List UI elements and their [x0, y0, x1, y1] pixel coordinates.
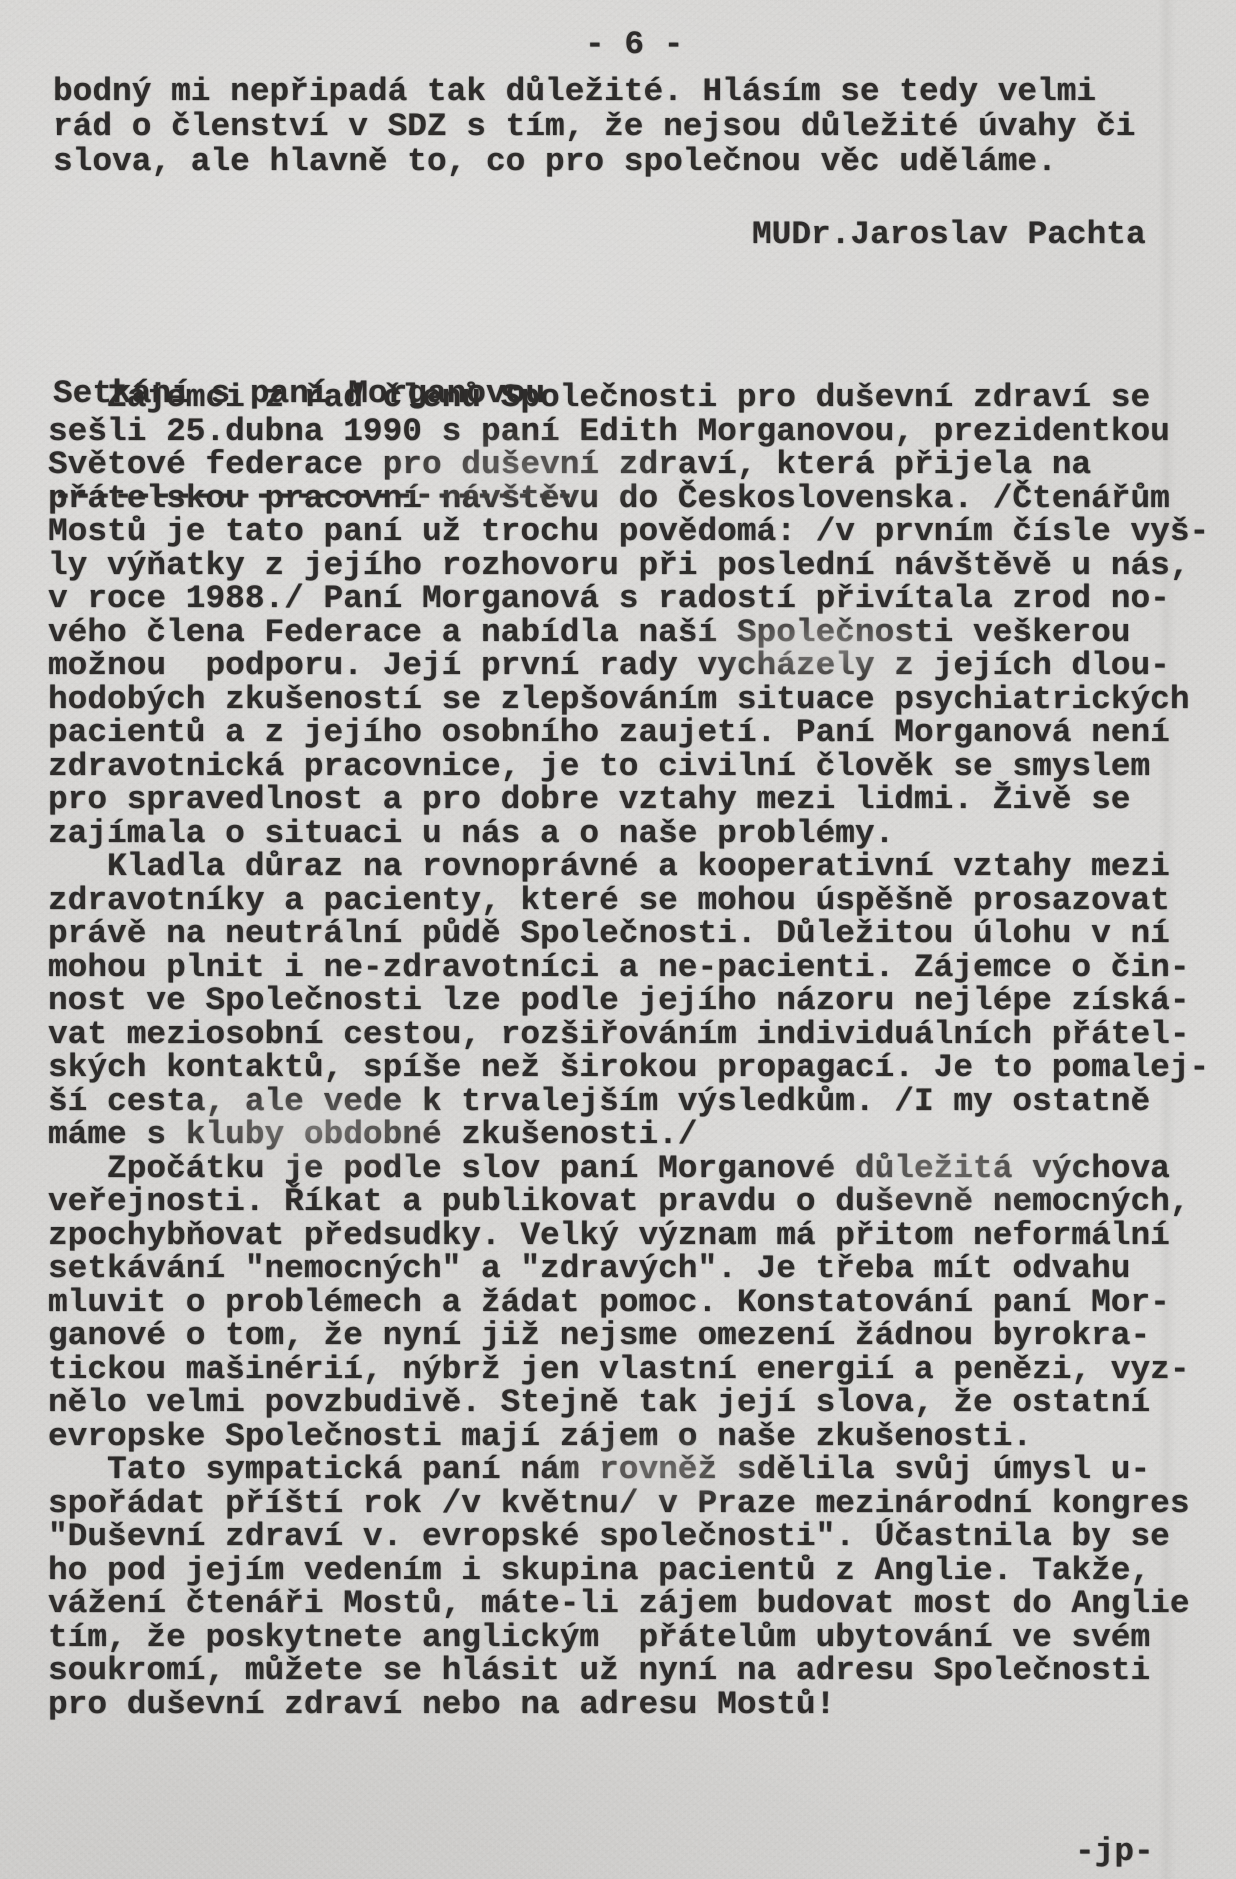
text-line: možnou podporu. Její první rady vycházel…	[48, 649, 1209, 683]
text-line: vážení čtenáři Mostů, máte-li zájem budo…	[48, 1587, 1209, 1621]
text-line: Kladla důraz na rovnoprávné a kooperativ…	[48, 850, 1209, 884]
text-line: v roce 1988./ Paní Morganová s radostí p…	[48, 582, 1209, 616]
text-line: ly výňatky z jejího rozhovoru při posled…	[48, 549, 1209, 583]
text-line: vat meziosobní cestou, rozšiřováním indi…	[48, 1018, 1209, 1052]
text-line: Mostů je tato paní už trochu povědomá: /…	[48, 515, 1209, 549]
author-signature: MUDr.Jaroslav Pachta	[752, 216, 1146, 253]
text-line: ganové o tom, že nyní již nejsme omezení…	[48, 1319, 1209, 1353]
text-line: sešli 25.dubna 1990 s paní Edith Morgano…	[48, 415, 1209, 449]
text-line: ší cesta, ale vede k trvalejším výsledků…	[48, 1085, 1209, 1119]
text-line: zpochybňovat předsudky. Velký význam má …	[48, 1219, 1209, 1253]
text-line: pro duševní zdraví nebo na adresu Mostů!	[48, 1688, 1209, 1722]
text-line: hodobých zkušeností se zlepšováním situa…	[48, 683, 1209, 717]
text-line: pro spravedlnost a pro dobre vztahy mezi…	[48, 783, 1209, 817]
article-body: Zájemci z řad členů Společnosti pro duše…	[48, 381, 1209, 1721]
text-line: nělo velmi povzbudivě. Stejně tak její s…	[48, 1386, 1209, 1420]
text-line: Tato sympatická paní nám rovněž sdělila …	[48, 1453, 1209, 1487]
text-line: rád o členství v SDZ s tím, že nejsou dů…	[53, 109, 1135, 144]
text-line: mluvit o problémech a žádat pomoc. Konst…	[48, 1286, 1209, 1320]
text-line: "Duševní zdraví v. evropské společnosti"…	[48, 1520, 1209, 1554]
text-line: zdravotníky a pacienty, které se mohou ú…	[48, 884, 1209, 918]
text-line: tím, že poskytnete anglickým přátelům ub…	[48, 1621, 1209, 1655]
text-line: nost ve Společnosti lze podle jejího náz…	[48, 984, 1209, 1018]
text-line: ho pod jejím vedením i skupina pacientů …	[48, 1554, 1209, 1588]
text-line: Světové federace pro duševní zdraví, kte…	[48, 448, 1209, 482]
text-line: spořádat příští rok /v květnu/ v Praze m…	[48, 1487, 1209, 1521]
text-line: ských kontaktů, spíše než širokou propag…	[48, 1051, 1209, 1085]
text-line: Zájemci z řad členů Společnosti pro duše…	[48, 381, 1209, 415]
text-line: zajímala o situaci u nás a o naše problé…	[48, 817, 1209, 851]
text-line: slova, ale hlavně to, co pro společnou v…	[53, 144, 1135, 179]
text-line: zdravotnická pracovnice, je to civilní č…	[48, 750, 1209, 784]
editor-initials: -jp-	[1075, 1833, 1154, 1870]
text-line: pacientů a z jejího osobního zaujetí. Pa…	[48, 716, 1209, 750]
text-line: soukromí, můžete se hlásit už nyní na ad…	[48, 1654, 1209, 1688]
text-line: evropske Společnosti mají zájem o naše z…	[48, 1420, 1209, 1454]
text-line: mohou plnit i ne-zdravotníci a ne-pacien…	[48, 951, 1209, 985]
text-line: Zpočátku je podle slov paní Morganové dů…	[48, 1152, 1209, 1186]
scanned-document-page: - 6 - bodný mi nepřipadá tak důležité. H…	[0, 0, 1236, 1879]
page-number: - 6 -	[585, 26, 683, 63]
text-line: veřejnosti. Říkat a publikovat pravdu o …	[48, 1185, 1209, 1219]
intro-paragraph: bodný mi nepřipadá tak důležité. Hlásím …	[53, 74, 1135, 179]
text-line: bodný mi nepřipadá tak důležité. Hlásím …	[53, 74, 1135, 109]
text-line: setkávání "nemocných" a "zdravých". Je t…	[48, 1252, 1209, 1286]
text-line: tickou mašinérií, nýbrž jen vlastní ener…	[48, 1353, 1209, 1387]
text-line: právě na neutrální půdě Společnosti. Důl…	[48, 917, 1209, 951]
text-line: máme s kluby obdobné zkušenosti./	[48, 1118, 1209, 1152]
text-line: vého člena Federace a nabídla naší Spole…	[48, 616, 1209, 650]
text-line: přátelskou pracovní návštěvu do Českoslo…	[48, 482, 1209, 516]
